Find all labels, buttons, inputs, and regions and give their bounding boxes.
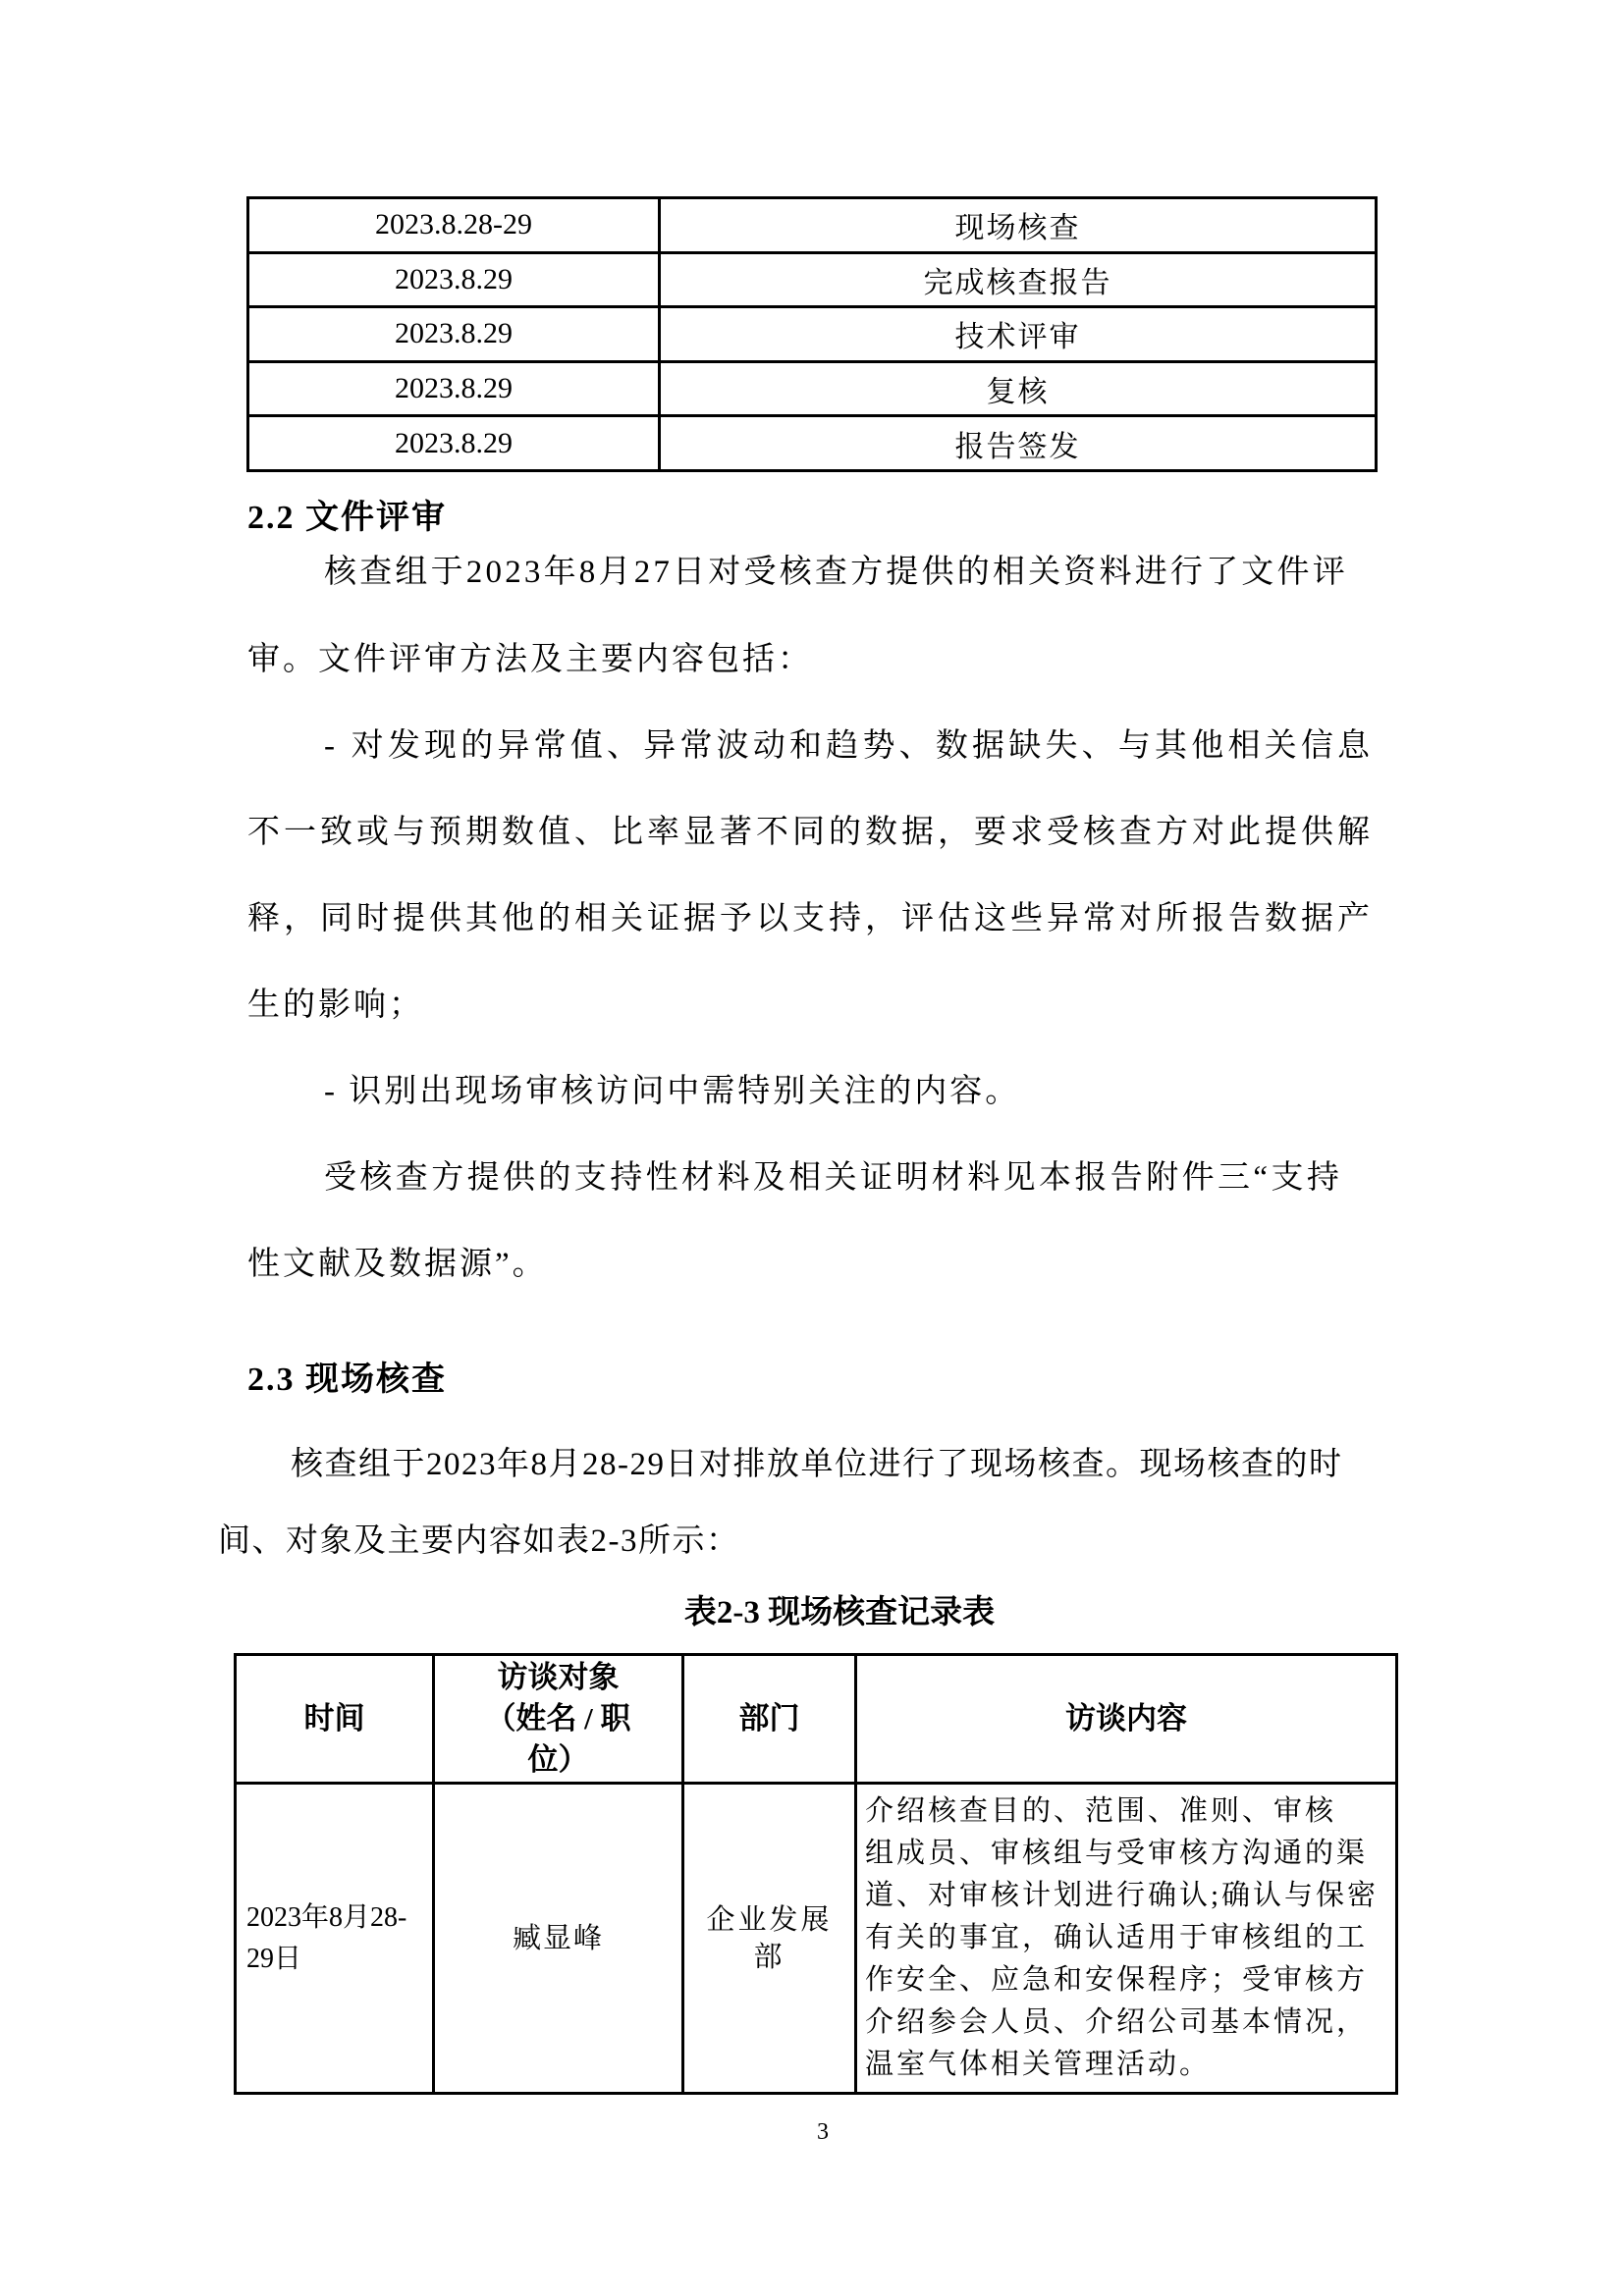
header-time: 时间 [236, 1655, 434, 1784]
paragraph-line: - 对发现的异常值、异常波动和趋势、数据缺失、与其他相关信息 [324, 726, 1374, 766]
paragraph-line: 生的影响； [247, 986, 424, 1025]
page-number: 3 [813, 2118, 833, 2146]
schedule-activity: 现场核查 [660, 198, 1377, 253]
paragraph-line: 释，同时提供其他的相关证据予以支持，评估这些异常对所报告数据产 [247, 899, 1374, 938]
table-row: 2023.8.28-29 现场核查 [248, 198, 1377, 253]
schedule-date: 2023.8.28-29 [248, 198, 660, 253]
paragraph-line: 不一致或与预期数值、比率显著不同的数据，要求受核查方对此提供解 [247, 813, 1374, 852]
schedule-date: 2023.8.29 [248, 307, 660, 362]
paragraph-line: 核查组于2023年8月28-29日对排放单位进行了现场核查。现场核查的时 [291, 1445, 1343, 1484]
table-row: 2023.8.29 复核 [248, 361, 1377, 416]
header-interviewee-line: （姓名 / 职 [435, 1698, 681, 1739]
paragraph-line: 性文献及数据源”。 [247, 1245, 548, 1284]
cell-content-line: 道、对审核计划进行确认;确认与保密 [865, 1875, 1391, 1917]
paragraph-line: 核查组于2023年8月27日对受核查方提供的相关资料进行了文件评 [324, 553, 1348, 592]
cell-department-line: 部 [702, 1939, 837, 1976]
section-heading-2-2: 2.2 文件评审 [247, 499, 447, 538]
paragraph-line: - 识别出现场审核访问中需特别关注的内容。 [324, 1072, 1020, 1111]
cell-content-line: 介绍参会人员、介绍公司基本情况， [865, 2002, 1391, 2044]
schedule-table: 2023.8.28-29 现场核查 2023.8.29 完成核查报告 2023.… [246, 196, 1378, 472]
schedule-date: 2023.8.29 [248, 416, 660, 471]
schedule-activity: 技术评审 [660, 307, 1377, 362]
section-heading-2-3: 2.3 现场核查 [247, 1361, 447, 1400]
table-header-row: 时间 访谈对象 （姓名 / 职 位） 部门 访谈内容 [236, 1655, 1397, 1784]
paragraph-line: 审。文件评审方法及主要内容包括： [247, 640, 813, 679]
paragraph-line: 间、对象及主要内容如表2-3所示： [218, 1522, 740, 1561]
schedule-activity: 完成核查报告 [660, 252, 1377, 307]
schedule-activity: 复核 [660, 361, 1377, 416]
schedule-date: 2023.8.29 [248, 252, 660, 307]
cell-interviewee: 臧显峰 [434, 1784, 683, 2094]
table-row: 2023年8月28- 29日 臧显峰 企业发展 部 介绍核查目的、范围、准则、审… [236, 1784, 1397, 2094]
cell-time-line: 2023年8月28- [246, 1897, 432, 1939]
cell-content-line: 组成员、审核组与受审核方沟通的渠 [865, 1833, 1391, 1875]
schedule-date: 2023.8.29 [248, 361, 660, 416]
cell-content: 介绍核查目的、范围、准则、审核 组成员、审核组与受审核方沟通的渠 道、对审核计划… [856, 1784, 1397, 2094]
header-content: 访谈内容 [856, 1655, 1397, 1784]
table-row: 2023.8.29 完成核查报告 [248, 252, 1377, 307]
cell-department-line: 企业发展 [702, 1901, 837, 1939]
header-interviewee: 访谈对象 （姓名 / 职 位） [434, 1655, 683, 1784]
site-check-record-table: 时间 访谈对象 （姓名 / 职 位） 部门 访谈内容 2023年8月28- 29… [234, 1653, 1398, 2095]
cell-time-line: 29日 [246, 1939, 432, 1980]
cell-content-line: 有关的事宜，确认适用于审核组的工 [865, 1917, 1391, 1959]
cell-content-line: 介绍核查目的、范围、准则、审核 [865, 1790, 1391, 1833]
schedule-activity: 报告签发 [660, 416, 1377, 471]
header-interviewee-line: 访谈对象 [435, 1657, 681, 1698]
table-row: 2023.8.29 技术评审 [248, 307, 1377, 362]
table-caption: 表2-3 现场核查记录表 [609, 1593, 1070, 1632]
cell-time: 2023年8月28- 29日 [236, 1784, 434, 2094]
cell-department: 企业发展 部 [683, 1784, 856, 2094]
table-row: 2023.8.29 报告签发 [248, 416, 1377, 471]
header-interviewee-line: 位） [435, 1739, 681, 1781]
cell-content-line: 温室气体相关管理活动。 [865, 2044, 1391, 2086]
header-department: 部门 [683, 1655, 856, 1784]
paragraph-line: 受核查方提供的支持性材料及相关证明材料见本报告附件三“支持 [324, 1158, 1342, 1198]
cell-content-line: 作安全、应急和安保程序；受审核方 [865, 1959, 1391, 2002]
